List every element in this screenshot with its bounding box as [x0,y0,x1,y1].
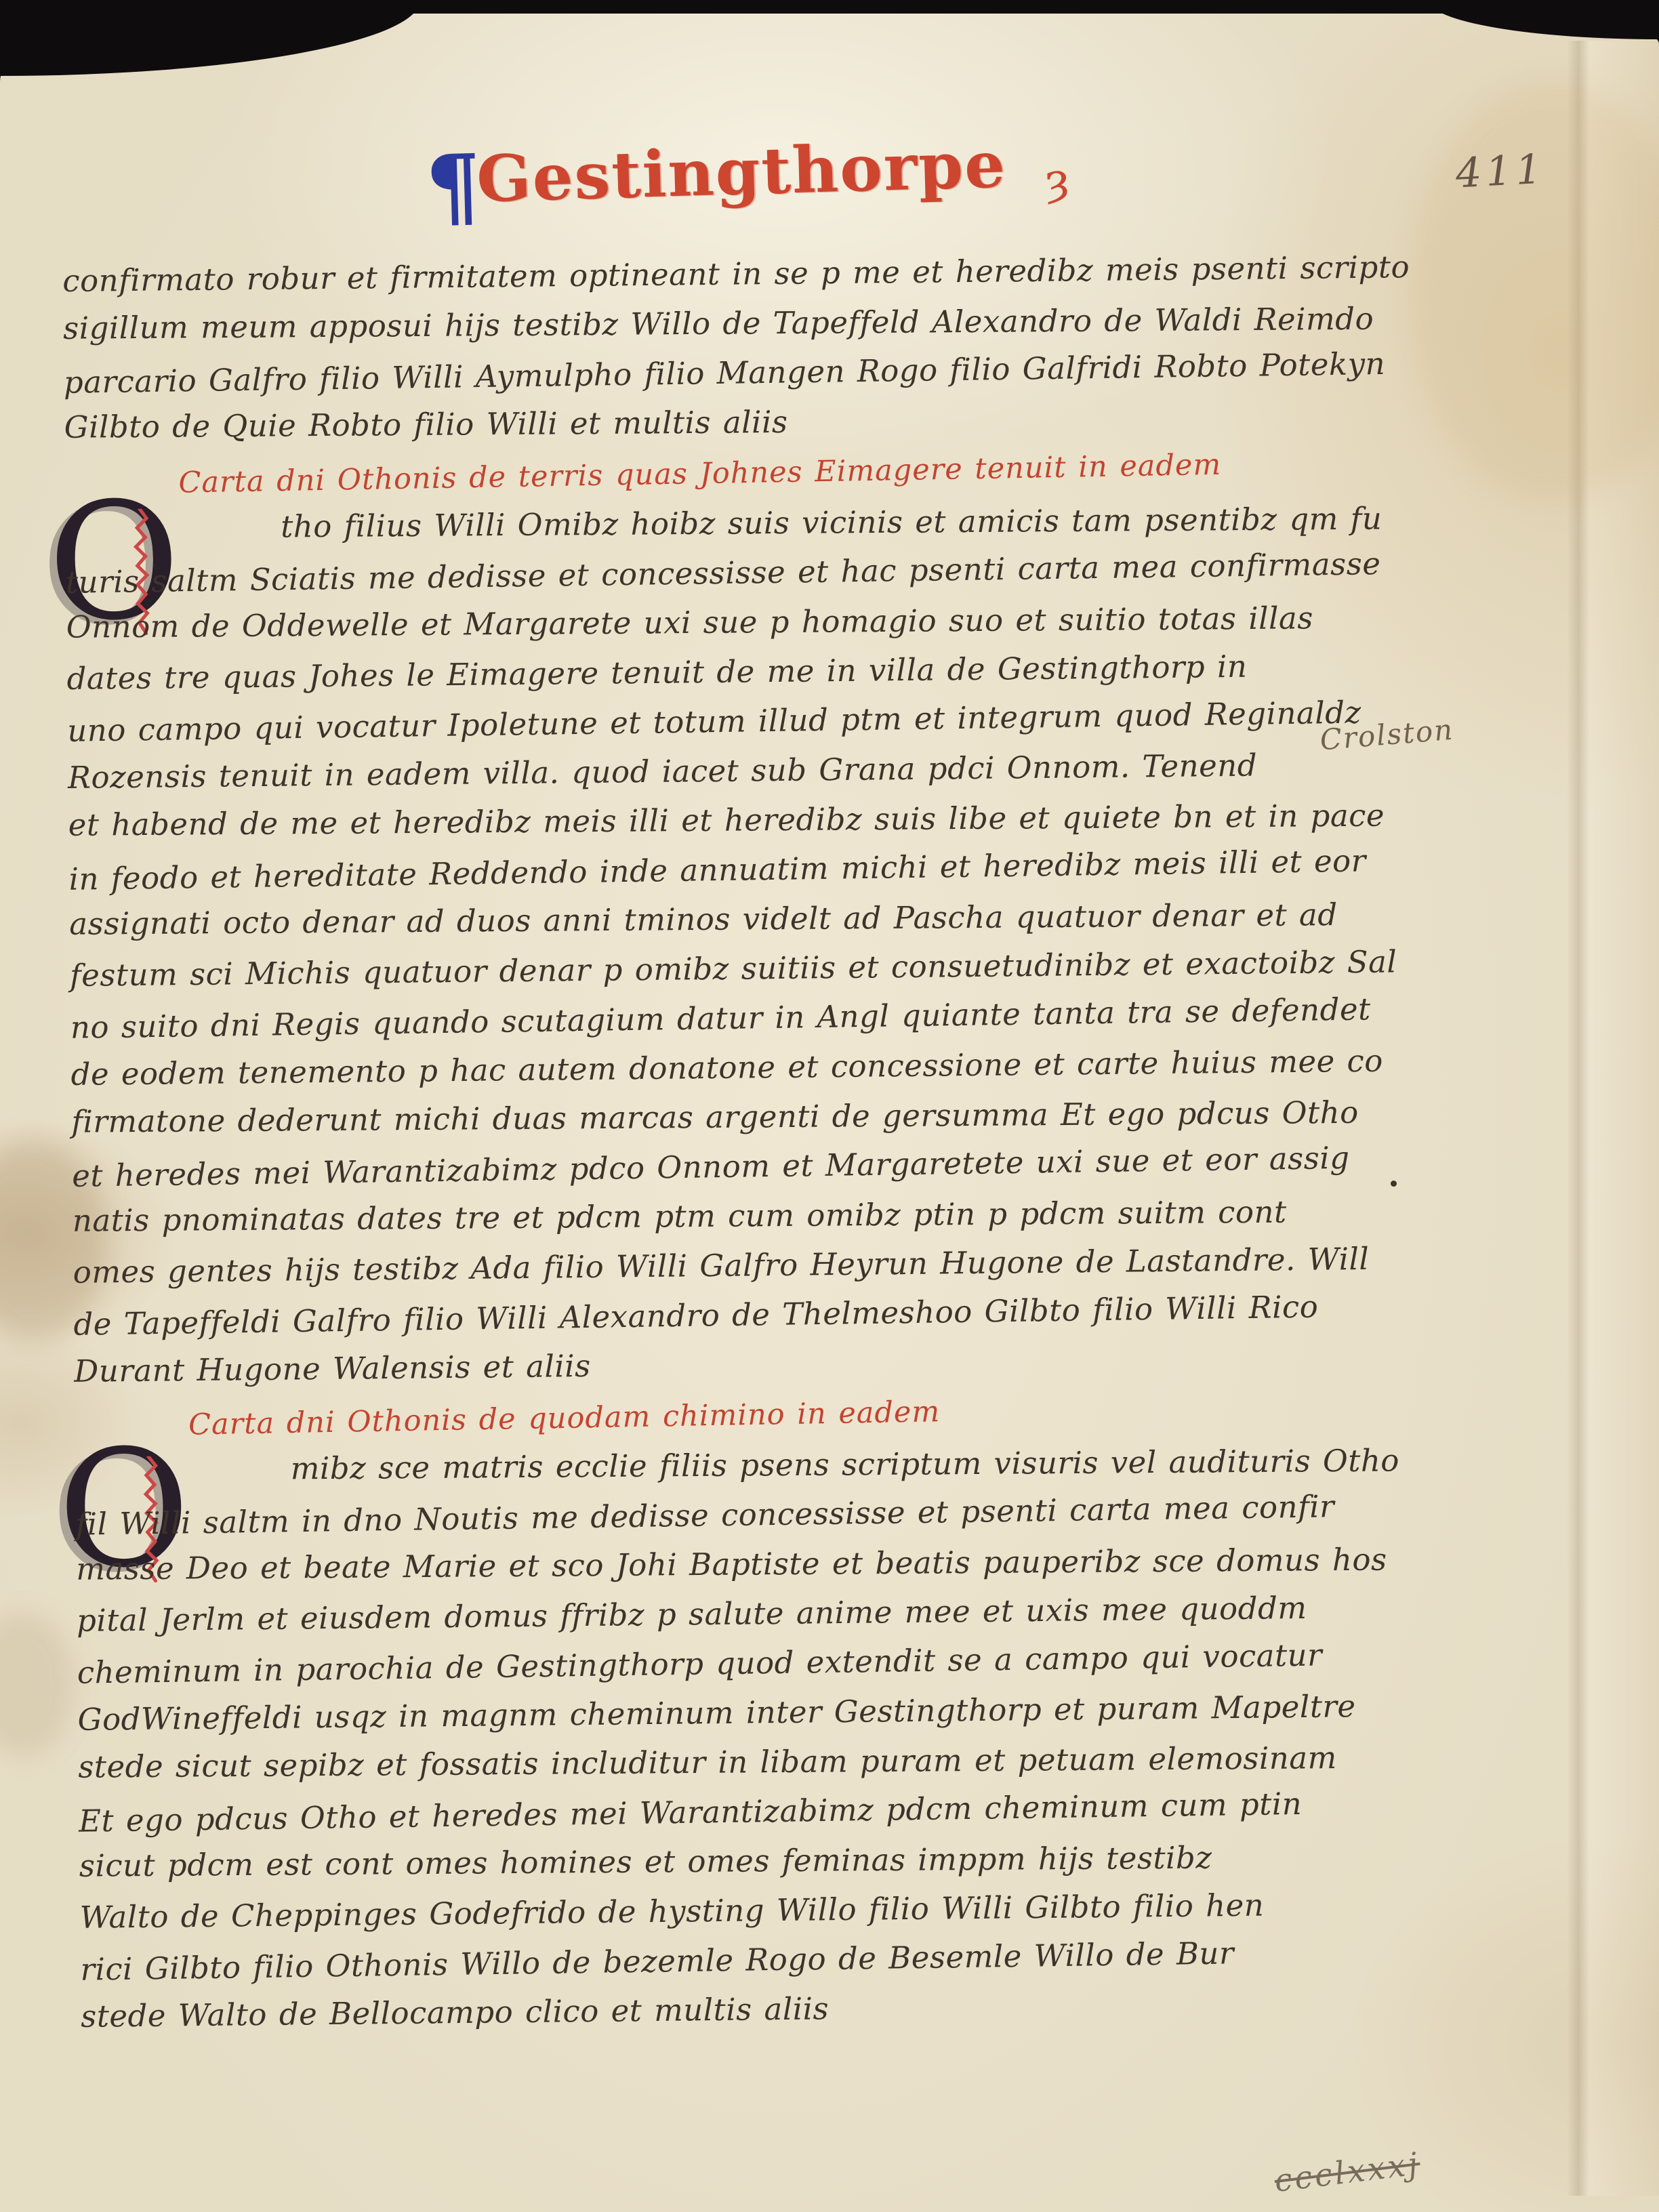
text-block: confirmato robur et firmitatem optineant… [62,242,1443,2041]
text-line: sicut pdcm est cont omes homines et omes… [79,1831,1441,1891]
charter1-body: O tho filius Willi Omibz hoibz suis vici… [65,491,1437,1396]
text-line: assignati octo denar ad duos anni tminos… [69,889,1431,949]
page-title: Gestingthorpe [476,133,1007,211]
running-title: ¶Gestingthorpeȝ [424,127,1070,231]
manuscript-photo: { "photo": { "background_color": "#0f0c0… [0,0,1659,2212]
previous-charter-end: confirmato robur et firmitatem optineant… [62,242,1427,454]
text-line: masse Deo et beate Marie et sco Johi Bap… [76,1534,1438,1594]
text-line: Onnom de Oddewelle et Margarete uxi sue … [66,592,1428,652]
paraph-mark-icon: ¶ [424,143,482,231]
charter2-body: O mibz sce matris ecclie filiis psens sc… [75,1433,1443,2041]
folio-number: 411 [1454,146,1547,198]
title-flourish-icon: ȝ [1045,153,1070,206]
text-line: natis pnominatas dates tre et pdcm ptm c… [73,1186,1435,1246]
